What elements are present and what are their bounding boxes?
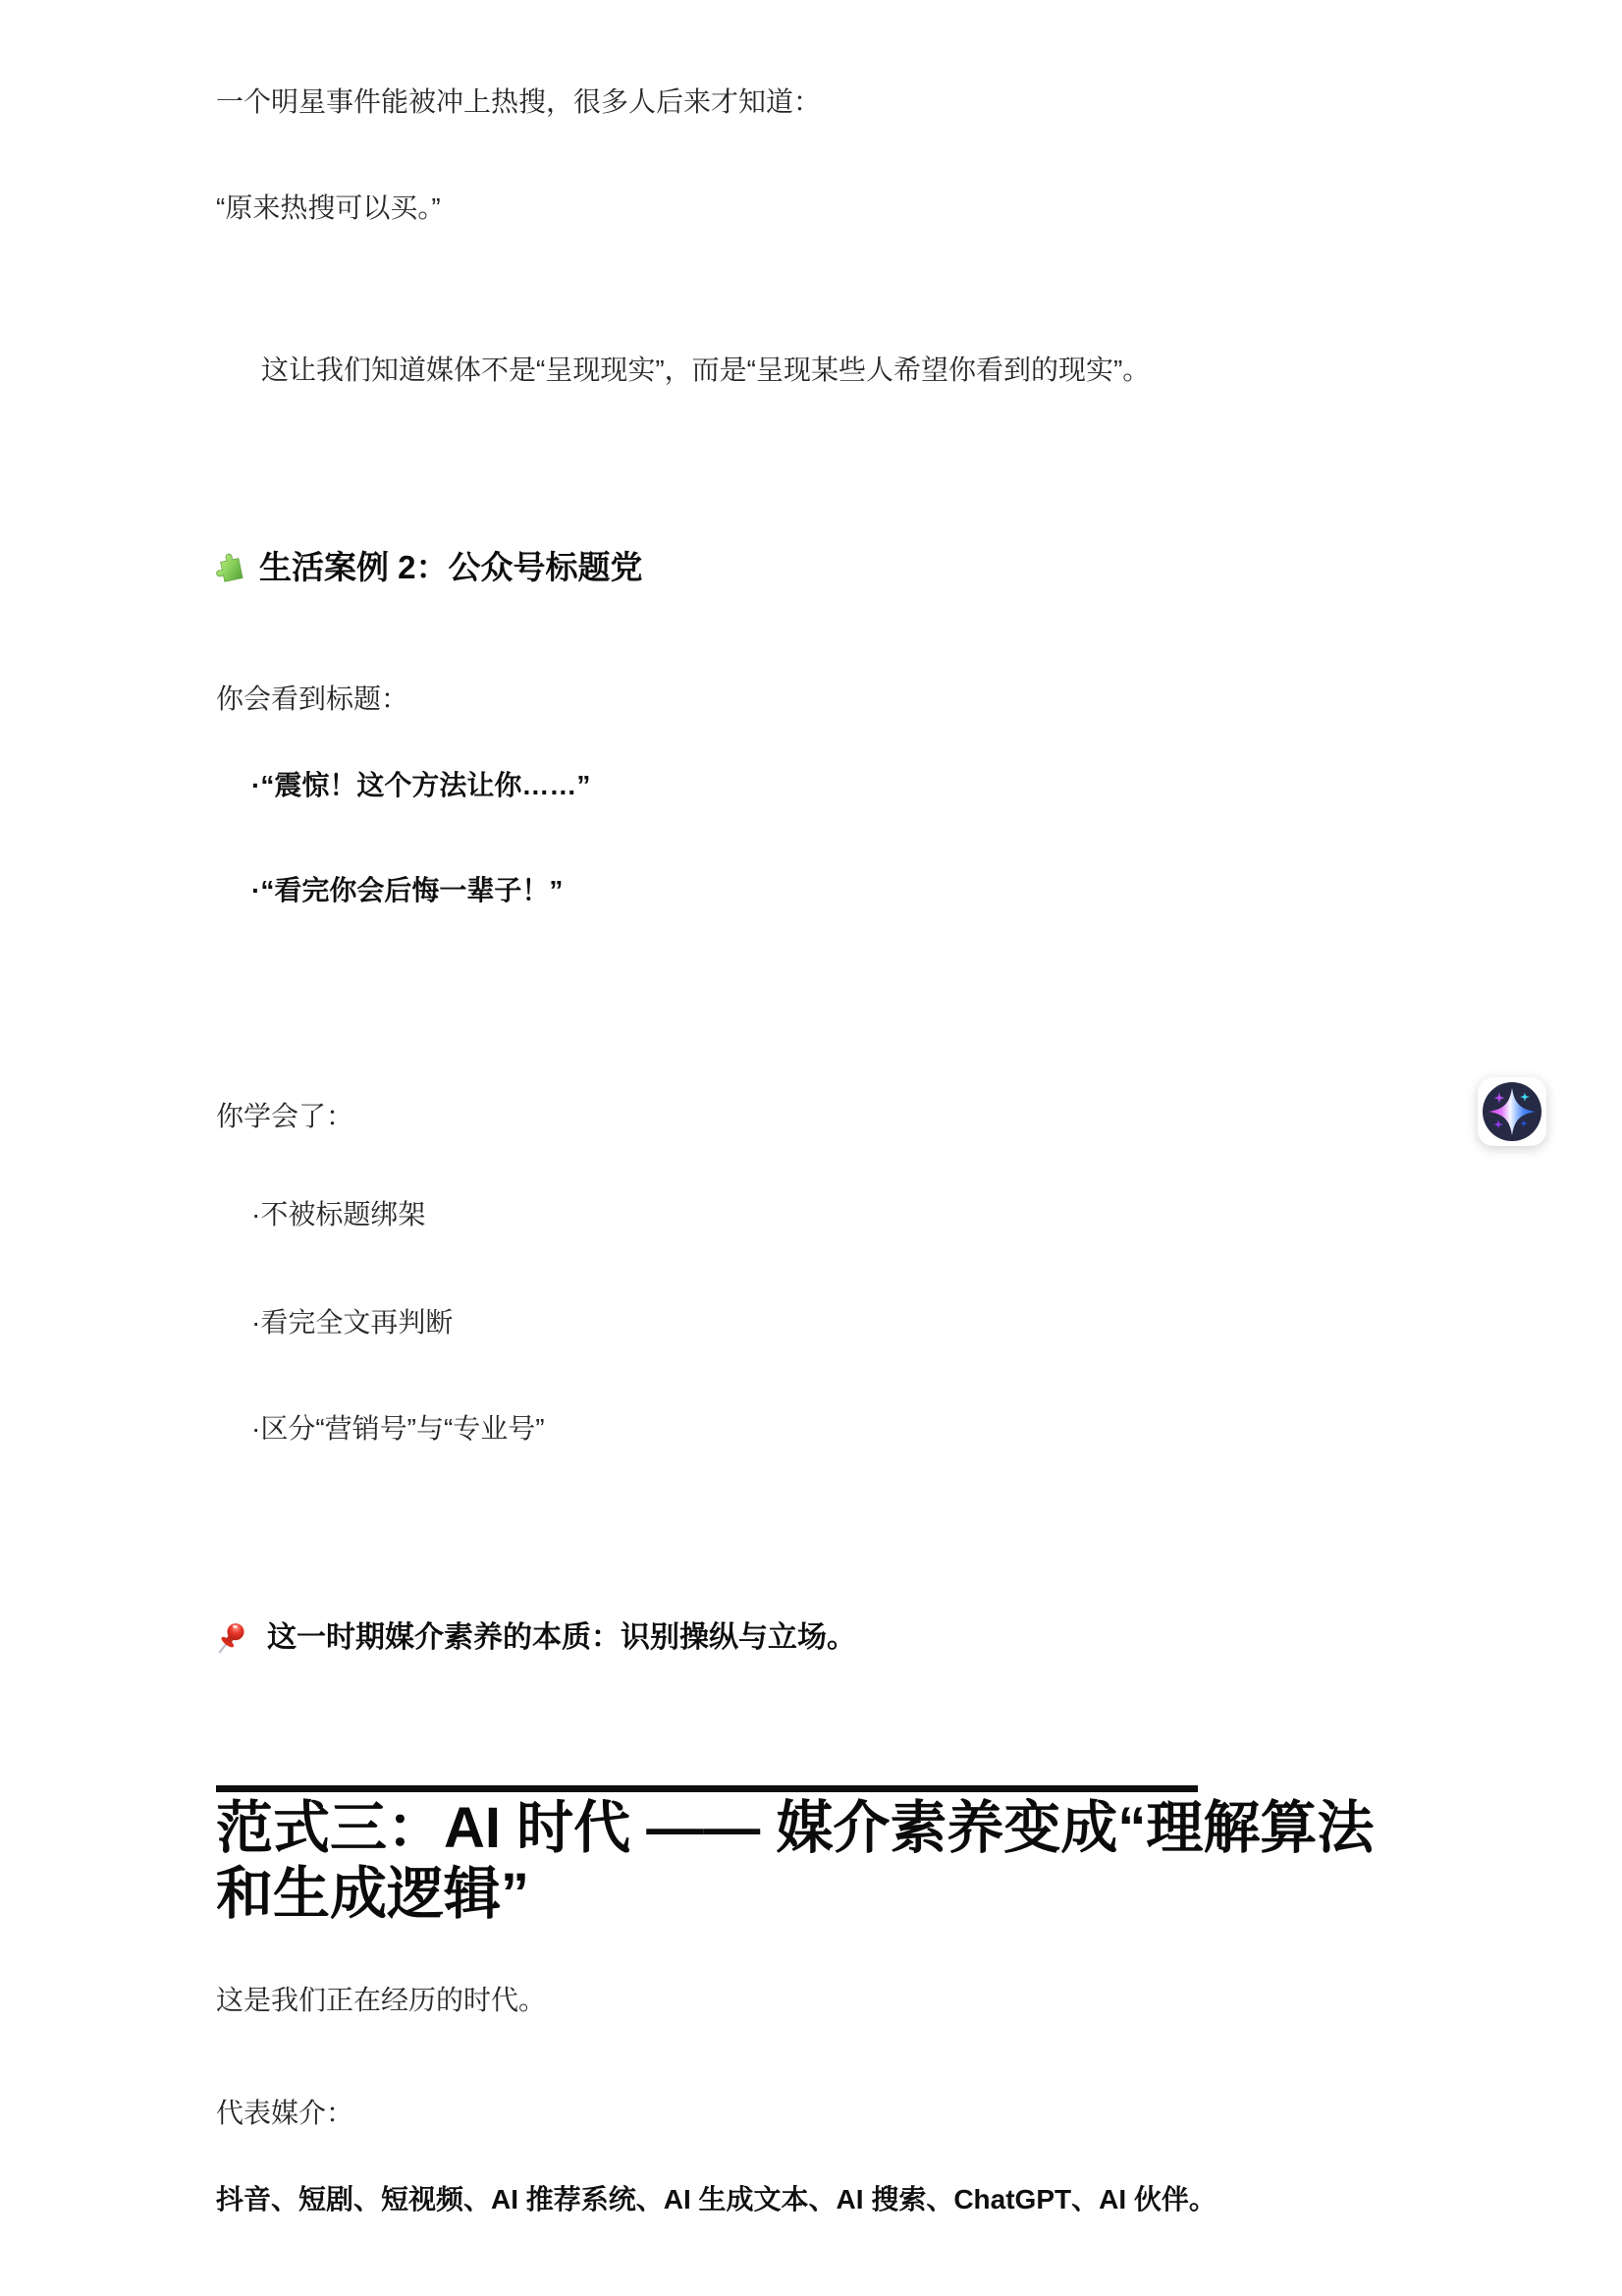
- learned-item: ·不被标题绑架: [216, 1195, 1433, 1233]
- section-heading-line: 范式三：AI 时代 —— 媒介素养变成“理解算法: [216, 1795, 1433, 1861]
- case-heading: 生活案例 2：公众号标题党: [216, 545, 1433, 590]
- paragraph-media-reality: 这让我们知道媒体不是“呈现现实”，而是“呈现某些人希望你看到的现实”。: [216, 351, 1433, 389]
- ai-sparkle-icon: [1482, 1081, 1542, 1142]
- paragraph-hot-search-intro: 一个明星事件能被冲上热搜，很多人后来才知道：: [216, 82, 1433, 121]
- paragraph-current-era: 这是我们正在经历的时代。: [216, 1981, 1433, 2019]
- section-heading: 范式三：AI 时代 —— 媒介素养变成“理解算法 和生成逻辑”: [216, 1795, 1433, 1927]
- clickbait-example-item: ·“看完你会后悔一辈子！”: [216, 871, 1433, 909]
- puzzle-piece-icon: [210, 551, 243, 584]
- pushpin-icon: [212, 1619, 249, 1657]
- paragraph-you-learned: 你学会了：: [216, 1097, 1433, 1135]
- pin-summary: 这一时期媒介素养的本质：识别操纵与立场。: [216, 1617, 1433, 1659]
- case-heading-label: 生活案例 2：公众号标题党: [259, 545, 643, 590]
- paragraph-hot-search-quote: “原来热搜可以买。”: [216, 189, 1433, 227]
- section-divider: [216, 1785, 1198, 1792]
- document-body: 一个明星事件能被冲上热搜，很多人后来才知道： “原来热搜可以买。” 这让我们知道…: [216, 82, 1433, 2218]
- paragraph-representative-media-label: 代表媒介：: [216, 2094, 1433, 2132]
- learned-item: ·看完全文再判断: [216, 1303, 1433, 1341]
- learned-item: ·区分“营销号”与“专业号”: [216, 1409, 1433, 1448]
- paragraph-media-list: 抖音、短剧、短视频、AI 推荐系统、AI 生成文本、AI 搜索、ChatGPT、…: [216, 2180, 1433, 2218]
- ai-assistant-button[interactable]: [1478, 1077, 1546, 1146]
- section-heading-line: 和生成逻辑”: [216, 1861, 1433, 1927]
- paragraph-see-titles: 你会看到标题：: [216, 680, 1433, 718]
- clickbait-example-item: ·“震惊！这个方法让你……”: [216, 766, 1433, 804]
- pin-summary-label: 这一时期媒介素养的本质：识别操纵与立场。: [267, 1617, 856, 1659]
- page: { "page": { "background": "#ffffff", "bo…: [0, 0, 1622, 2296]
